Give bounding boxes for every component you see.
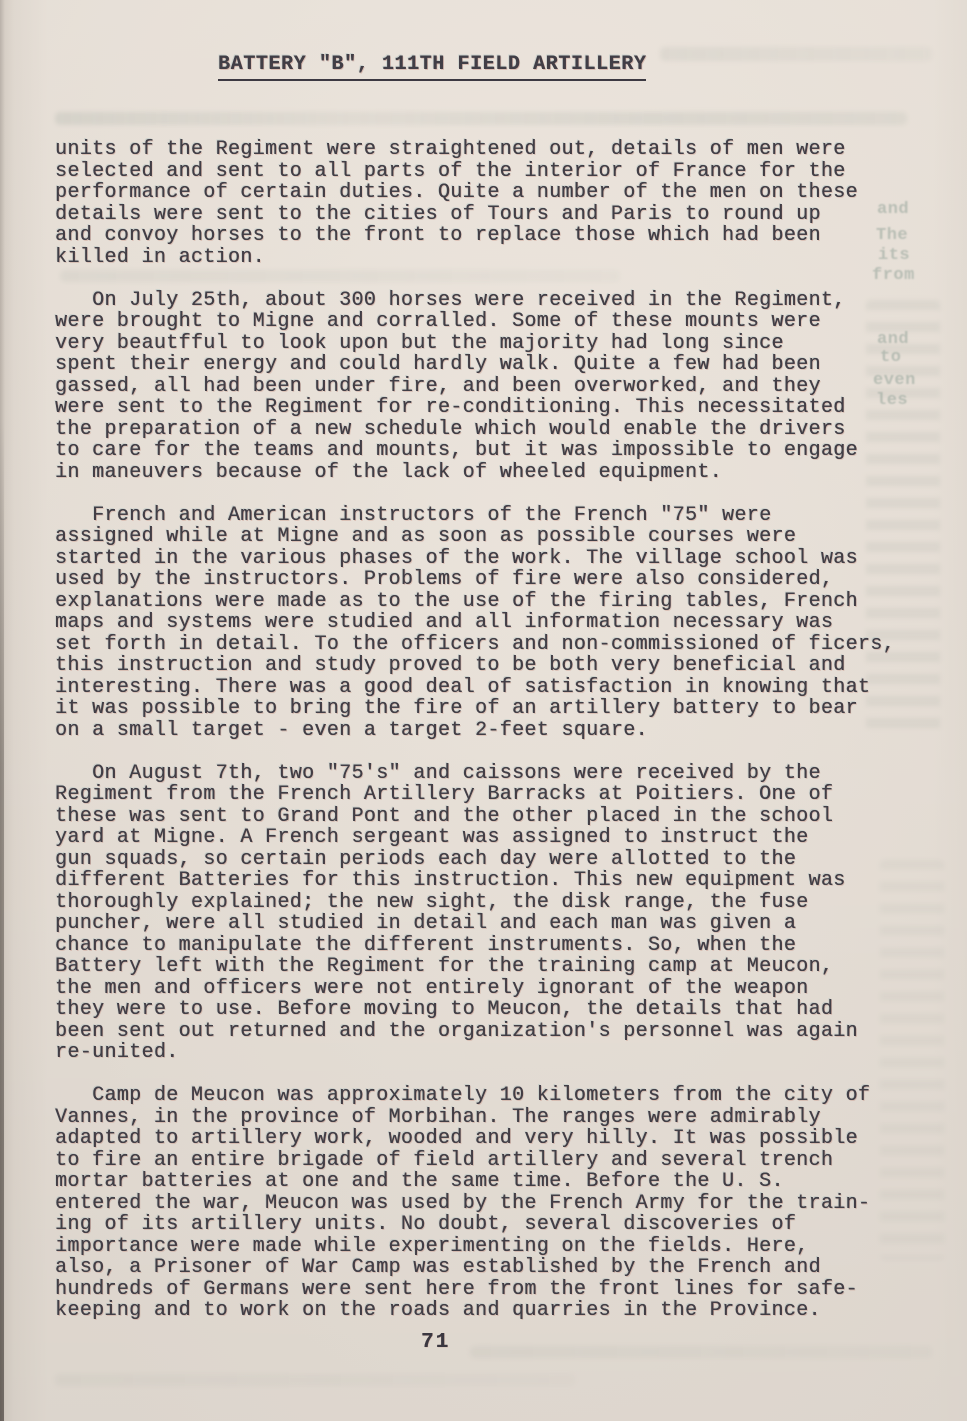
bleedthrough-smear [660,47,932,61]
page-title: BATTERY "B", 111TH FIELD ARTILLERY [218,53,646,81]
scanned-document-page: and The its from and to even les BATTERY… [0,0,967,1421]
paragraph: On July 25th, about 300 horses were rece… [55,290,935,484]
page-edge-shadow [0,420,4,1421]
paragraph: Camp de Meucon was approximately 10 kilo… [55,1085,935,1322]
paragraph: units of the Regiment were straightened … [55,139,935,268]
bleedthrough-smear [470,1346,932,1358]
bleedthrough-smear [55,1374,575,1386]
page-number: 71 [421,1331,450,1354]
paragraph: French and American instructors of the F… [55,505,935,742]
paragraph: On August 7th, two "75's" and caissons w… [55,763,935,1064]
document-body: units of the Regiment were straightened … [55,139,935,1343]
bleedthrough-smear [55,112,907,125]
